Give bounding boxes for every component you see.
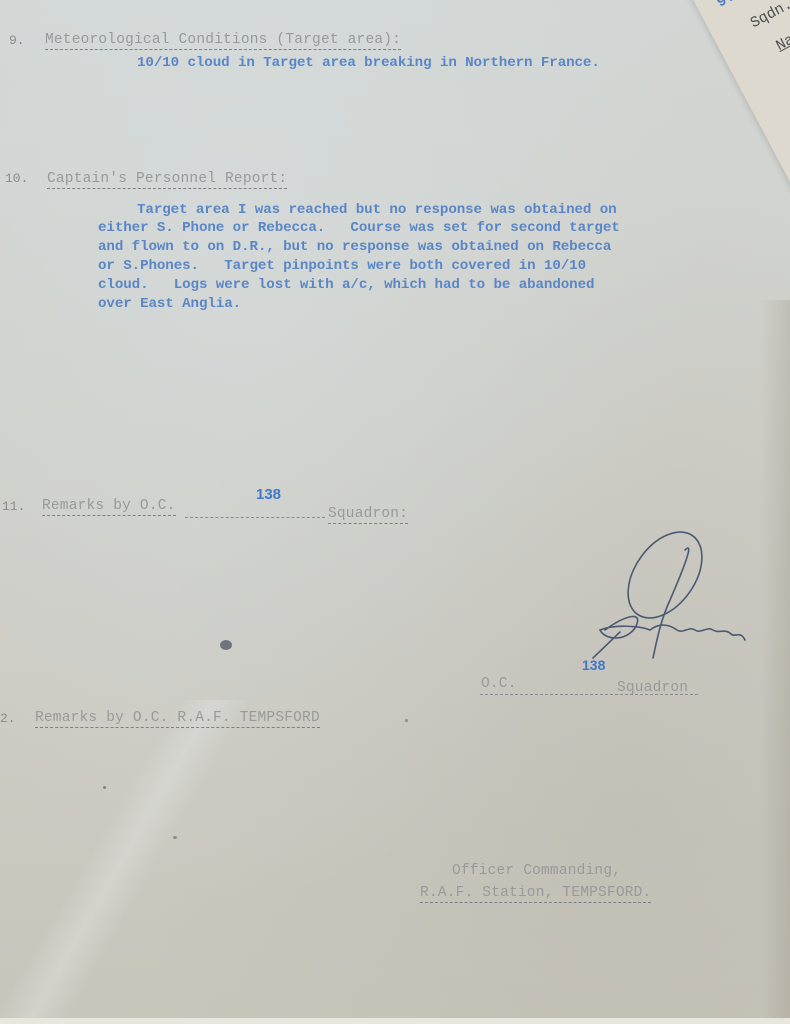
ink-speck <box>173 836 177 839</box>
section-11-squadron-number: 138 <box>256 487 281 502</box>
report-line-3: and flown to on D.R., but no response wa… <box>98 240 611 254</box>
oc-suffix: Squadron <box>617 681 688 696</box>
report-line-1: Target area I was reached but no respons… <box>137 203 617 217</box>
section-10-label: Captain's Personnel Report: <box>47 172 287 189</box>
paper-fold <box>0 700 260 1024</box>
section-11-number: 11. <box>2 500 25 513</box>
report-line-5: cloud. Logs were lost with a/c, which ha… <box>98 278 594 292</box>
section-11-squadron-label: Squadron: <box>328 507 408 524</box>
report-line-6: over East Anglia. <box>98 297 241 311</box>
ink-smudge <box>220 640 232 650</box>
section-9-number: 9. <box>9 34 25 47</box>
station-officer-commanding: Officer Commanding, <box>452 864 621 879</box>
ink-speck <box>103 786 106 789</box>
ink-speck <box>405 719 408 722</box>
page-edge-shadow <box>760 300 790 1024</box>
section-12-number: 2. <box>0 712 16 725</box>
page-bottom-edge <box>0 1018 790 1024</box>
document-page: 9: 16/17th Sqdn. 138 Name of Resul Aba L… <box>0 0 790 1024</box>
report-line-2: either S. Phone or Rebecca. Course was s… <box>98 221 620 235</box>
station-name: R.A.F. Station, TEMPSFORD. <box>420 886 651 903</box>
section-9-text: 10/10 cloud in Target area breaking in N… <box>137 56 600 70</box>
back-sheet-squadron: Sqdn. 138 <box>748 0 790 32</box>
section-12-label: Remarks by O.C. R.A.F. TEMPSFORD <box>35 711 320 728</box>
oc-signature <box>585 530 755 665</box>
section-11-label: Remarks by O.C. <box>42 499 176 516</box>
oc-prefix: O.C. <box>481 677 517 692</box>
oc-squadron-number: 138 <box>582 658 605 672</box>
section-9-label: Meteorological Conditions (Target area): <box>45 33 401 50</box>
section-11-dotted-line <box>185 517 325 518</box>
section-10-number: 10. <box>5 172 28 185</box>
back-sheet: 9: 16/17th Sqdn. 138 Name of Resul Aba L… <box>672 0 790 278</box>
report-line-4: or S.Phones. Target pinpoints were both … <box>98 259 586 273</box>
